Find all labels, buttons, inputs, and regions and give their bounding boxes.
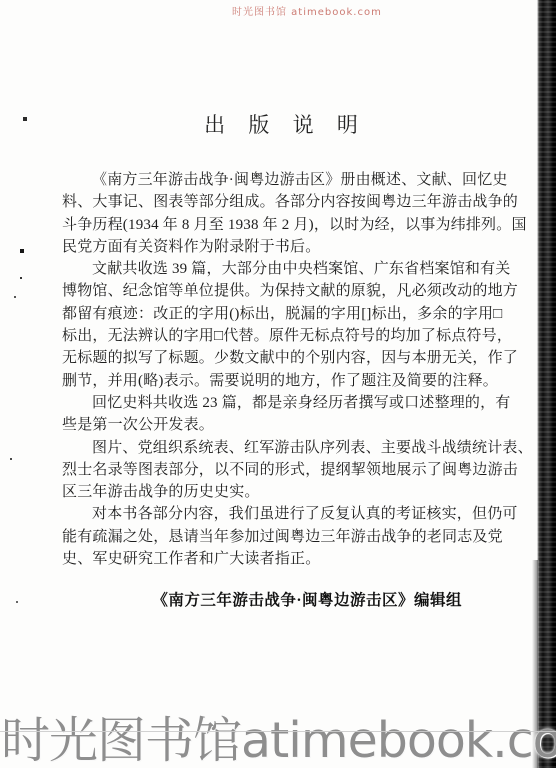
page-title: 出 版 说 明 (58, 109, 504, 139)
text-line: 史、军史研究工作者和广大读者指正。 (62, 548, 508, 570)
text-line: 无标题的拟写了标题。少数文献中的个别内容，因与本册无关，作了 (62, 347, 508, 369)
scanned-book-page: 时光图书馆 atimebook.com 出 版 说 明 《南方三年游击战争·闽粤… (0, 0, 556, 768)
text-line: 民党方面有关资料作为附录附于书后。 (62, 236, 508, 258)
body-text: 《南方三年游击战争·闽粤边游击区》册由概述、文献、回忆史料、大事记、图表等部分组… (62, 169, 508, 570)
text-line: 些是第一次公开发表。 (62, 414, 508, 436)
text-line: 区三年游击战争的历史史实。 (62, 481, 508, 503)
text-line: 文献共收选 39 篇，大部分由中央档案馆、广东省档案馆和有关 (62, 258, 508, 280)
text-line: 烈士名录等图表部分，以不同的形式，提纲挈领地展示了闽粤边游击 (62, 459, 508, 481)
text-line: 博物馆、纪念馆等单位提供。为保持文献的原貌，凡必须改动的地方 (62, 280, 508, 302)
scan-artifact-line (0, 731, 556, 732)
signature: 《南方三年游击战争·闽粤边游击区》编辑组 (62, 588, 508, 610)
text-line: 斗争历程(1934 年 8 月至 1938 年 2 月)，以时为经，以事为纬排列… (62, 214, 508, 236)
watermark-top: 时光图书馆 atimebook.com (232, 3, 382, 18)
paragraph: 回忆史料共收选 23 篇，都是亲身经历者撰写或口述整理的，有些是第一次公开发表。 (62, 392, 508, 437)
text-line: 《南方三年游击战争·闽粤边游击区》册由概述、文献、回忆史 (62, 169, 508, 191)
text-line: 料、大事记、图表等部分组成。各部分内容按闽粤边三年游击战争的 (62, 191, 508, 213)
scan-specks (0, 0, 2, 2)
text-line: 能有疏漏之处，恳请当年参加过闽粤边三年游击战争的老同志及党 (62, 526, 508, 548)
text-line: 图片、党组织系统表、红军游击队序列表、主要战斗战绩统计表、 (62, 437, 508, 459)
paragraph: 文献共收选 39 篇，大部分由中央档案馆、广东省档案馆和有关博物馆、纪念馆等单位… (62, 258, 508, 392)
paragraph: 《南方三年游击战争·闽粤边游击区》册由概述、文献、回忆史料、大事记、图表等部分组… (62, 169, 508, 258)
text-line: 对本书各部分内容，我们虽进行了反复认真的考证核实，但仍可 (62, 503, 508, 525)
paragraph: 对本书各部分内容，我们虽进行了反复认真的考证核实，但仍可能有疏漏之处，恳请当年参… (62, 503, 508, 570)
text-line: 都留有痕迹：改正的字用()标出，脱漏的字用[]标出，多余的字用□ (62, 303, 508, 325)
book-edge-shadow (535, 0, 556, 768)
text-line: 回忆史料共收选 23 篇，都是亲身经历者撰写或口述整理的，有 (62, 392, 508, 414)
watermark-bottom: 时光图书馆atimebook.com (1, 702, 556, 768)
text-line: 标出，无法辨认的字用□代替。原件无标点符号的均加了标点符号， (62, 325, 508, 347)
paragraph: 图片、党组织系统表、红军游击队序列表、主要战斗战绩统计表、烈士名录等图表部分，以… (62, 437, 508, 504)
text-line: 删节，并用(略)表示。需要说明的地方，作了题注及简要的注释。 (62, 370, 508, 392)
